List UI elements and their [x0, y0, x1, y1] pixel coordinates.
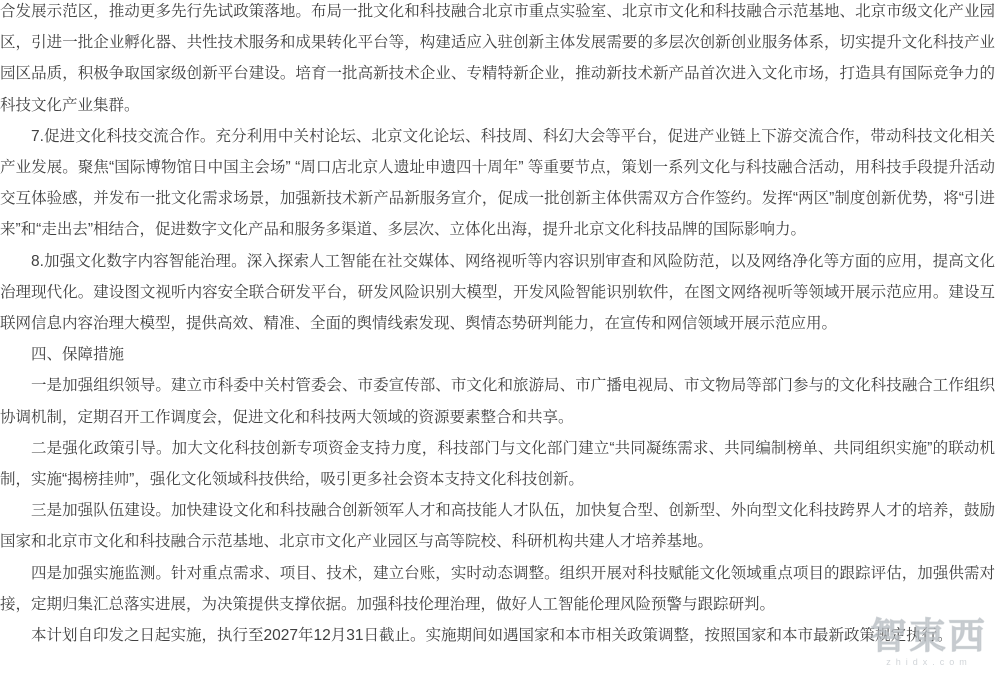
paragraph: 本计划自印发之日起实施，执行至2027年12月31日截止。实施期间如遇国家和本市… — [0, 620, 995, 651]
paragraph: 合发展示范区，推动更多先行先试政策落地。布局一批文化和科技融合北京市重点实验室、… — [0, 0, 995, 121]
paragraph: 二是强化政策引导。加大文化科技创新专项资金支持力度，科技部门与文化部门建立“共同… — [0, 433, 995, 495]
paragraph: 一是加强组织领导。建立市科委中关村管委会、市委宣传部、市文化和旅游局、市广播电视… — [0, 370, 995, 432]
paragraph: 三是加强队伍建设。加快建设文化和科技融合创新领军人才和高技能人才队伍，加快复合型… — [0, 495, 995, 557]
paragraph: 四是加强实施监测。针对重点需求、项目、技术，建立台账，实时动态调整。组织开展对科… — [0, 558, 995, 620]
document-page: 合发展示范区，推动更多先行先试政策落地。布局一批文化和科技融合北京市重点实验室、… — [0, 0, 1000, 687]
paragraph: 四、保障措施 — [0, 339, 995, 370]
paragraph: 8.加强文化数字内容智能治理。深入探索人工智能在社交媒体、网络视听等内容识别审查… — [0, 246, 995, 340]
document-body: 合发展示范区，推动更多先行先试政策落地。布局一批文化和科技融合北京市重点实验室、… — [0, 0, 995, 651]
paragraph: 7.促进文化科技交流合作。充分利用中关村论坛、北京文化论坛、科技周、科幻大会等平… — [0, 121, 995, 246]
zhidx-site-text: zhidx.com — [860, 657, 998, 667]
